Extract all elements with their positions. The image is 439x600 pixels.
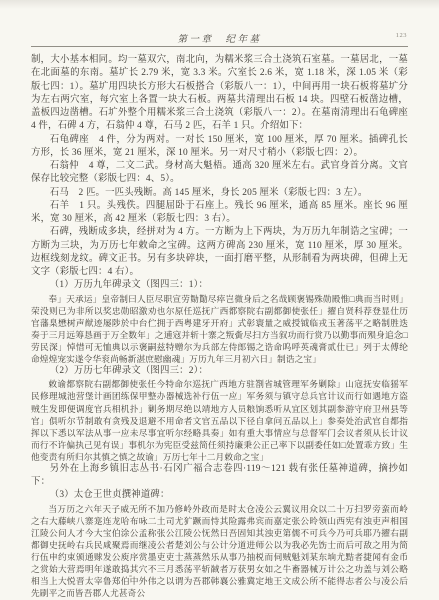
heading-wanli7-transcript: （2）万历七年碑录文（图四三：2）： — [31, 365, 408, 378]
paragraph-stone-horses: 石马 2 匹。一匹头残断。高 145 厘米，身长 205 厘米（彩版七四：3 左… — [31, 187, 408, 200]
scan-speck — [129, 575, 132, 577]
page-number: 123 — [396, 32, 407, 39]
transcript-wanli7: 敕谕都察院右副都御使张任今特命尔巡抚广西地方驻劄省城管理军务剿除」山寇抚安临猺军… — [31, 378, 408, 463]
scanned-book-page: 第一章 纪年墓 123 制，大小基本相同。均一墓双穴，南北向，为糯米浆三合土浇筑… — [0, 0, 439, 600]
chapter-title: 第一章 纪年墓 — [177, 31, 261, 45]
transcript-wanli9: 奉」天承运」皇帝制曰人臣尽职宣劳勚勩尽瘁岂微身后之名哉顾褒锡殊勋殿惟□典而当时则… — [31, 293, 408, 366]
heading-wanli9-transcript: （1）万历九年碑录文（图四三：1）： — [31, 279, 408, 292]
paragraph-stone-sheep: 石羊 1 只。头残佚。四腿屈卧于石座上。残长 96 厘米，通高 85 厘米。座长… — [31, 200, 408, 227]
paragraph-tomb-structure: 制，大小基本相同。均一墓双穴，南北向，为糯米浆三合土浇筑石室墓。一墓居北，一墓在… — [31, 54, 408, 134]
body-text: 制，大小基本相同。均一墓双穴，南北向，为糯米浆三合土浇筑石室墓。一墓居北，一墓在… — [31, 54, 408, 599]
header-rule — [31, 46, 408, 47]
paragraph-stone-tortoise-bases: 石龟碑座 4 件，分为两对。一对长 150 厘米，宽 100 厘米，厚 70 厘… — [31, 134, 408, 161]
paragraph-gazetteer-note: 另外在上海乡镇旧志丛书·石冈广福合志卷四·119～121 载有张任墓神道碑，摘抄… — [31, 463, 408, 490]
transcript-shendaobei: 当万历之六年天子威无所不加乃修岭外政而是时太仓凌公云翼议用众以二十万扫罗旁蛮而岭… — [31, 503, 408, 600]
paragraph-stone-figures: 石翁仲 4 尊，二文二武。身材高大魁梧。通高 320 厘米左右。武官身首分离。文… — [31, 160, 408, 187]
page-content: 第一章 纪年墓 123 制，大小基本相同。均一墓双穴，南北向，为糯米浆三合土浇筑… — [0, 0, 439, 599]
scan-speck — [402, 569, 404, 571]
paragraph-stone-stelae: 石碑，残断成多块，经拼对为 4 方。一方断为上下两块，为万历九年制诰之宝碑；一方… — [31, 226, 408, 279]
heading-shendaobei: （3）太仓王世贞撰神道碑： — [31, 489, 408, 502]
running-header: 第一章 纪年墓 123 — [31, 29, 408, 43]
